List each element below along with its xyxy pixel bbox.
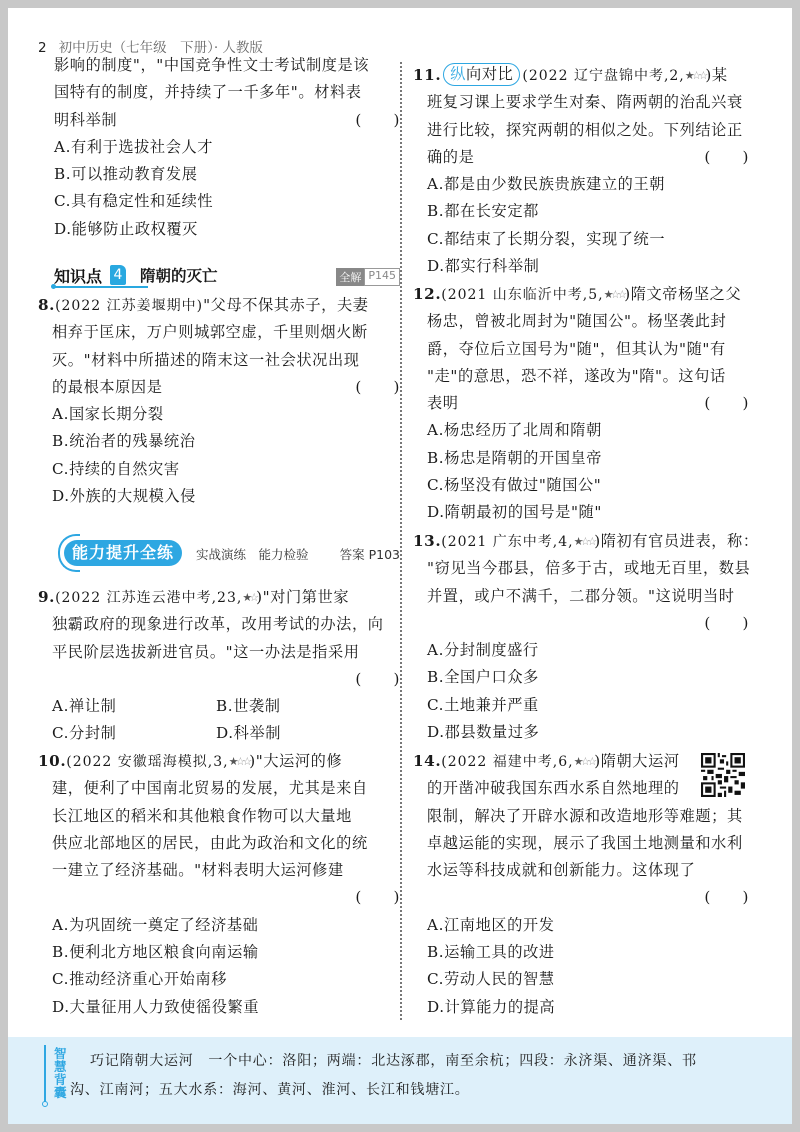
option-a[interactable]: A.杨忠经历了北周和隋朝 — [413, 417, 749, 444]
answer-blank[interactable]: ( ) — [704, 610, 749, 637]
question-text-line: 供应北部地区的居民，由此为政治和文化的统 — [38, 830, 400, 857]
option-a[interactable]: A.分封制度盛行 — [413, 637, 749, 664]
question-source: (2022 江苏姜堰期中) — [55, 298, 203, 314]
full-solution-label: 全解 — [336, 268, 364, 286]
dot-decoration — [51, 284, 56, 289]
option-b[interactable]: B.运输工具的改进 — [413, 939, 749, 966]
question-text-line: )某 — [705, 66, 727, 84]
tag-text: 向对比 — [466, 65, 513, 83]
tag-highlight: 纵 — [450, 65, 466, 83]
option-a[interactable]: A.禅让制 — [52, 697, 116, 715]
question-number: 11. — [413, 66, 441, 84]
question-9: 9.(2022 江苏连云港中考,23,★☆)"对门第世家 独霸政府的现象进行改革… — [38, 584, 400, 748]
option-c[interactable]: C.杨坚没有做过"随国公" — [413, 472, 749, 499]
question-text-line: )隋朝大运河 — [594, 752, 679, 770]
question-source: (2022 辽宁盘锦中考,2, — [522, 68, 684, 84]
textbook-page: 2初中历史（七年级 下册）· 人教版 影响的制度"，"中国竞争性文士考试制度是该… — [8, 8, 792, 1124]
option-b[interactable]: B.全国户口众多 — [413, 664, 749, 691]
option-d[interactable]: D.都实行科举制 — [413, 253, 749, 280]
tips-text: 巧记隋朝大运河 一个中心：洛阳；两端：北达涿郡，南至余杭；四段：永济渠、通济渠、… — [70, 1047, 770, 1105]
option-c[interactable]: C.分封制 — [52, 724, 116, 742]
question-text-line: 爵，夺位后立国号为"随"，但其认为"随"有 — [413, 336, 749, 363]
question-text-line: 平民阶层选拔新进官员。"这一办法是指采用 — [38, 639, 400, 666]
answer-blank[interactable]: ( ) — [355, 666, 400, 693]
question-text-line: 确的是 — [427, 148, 474, 166]
question-text-line: 独霸政府的现象进行改革，改用考试的办法，向 — [38, 611, 400, 638]
option-c[interactable]: C.推动经济重心开始南移 — [38, 966, 400, 993]
column-divider — [400, 62, 402, 1020]
answer-blank[interactable]: ( ) — [704, 144, 749, 171]
answer-blank[interactable]: ( ) — [355, 107, 400, 134]
question-text-line: "窃见当今郡县，倍多于古，或地无百里，数县 — [413, 555, 749, 582]
question-text-line: 国特有的制度，并持续了一千多年"。材料表 — [54, 79, 400, 106]
option-b[interactable]: B.世袭制 — [216, 693, 281, 720]
question-text-line: 的最根本原因是 — [52, 378, 163, 396]
answer-blank[interactable]: ( ) — [704, 884, 749, 911]
full-solution-reference[interactable]: 全解P145 — [336, 268, 400, 286]
option-a[interactable]: A.有利于选拔社会人才 — [54, 134, 400, 161]
question-10: 10.(2022 安徽瑶海模拟,3,★☆☆)"大运河的修 建，便利了中国南北贸易… — [38, 748, 400, 1021]
difficulty-stars-icon: ★☆☆ — [574, 748, 595, 775]
answer-blank[interactable]: ( ) — [355, 374, 400, 401]
question-13: 13.(2021 广东中考,4,★☆☆)隋初有官员进表，称： "窃见当今郡县，倍… — [413, 528, 749, 746]
question-text-line: )隋文帝杨坚之父 — [624, 285, 741, 303]
tips-dot-decoration — [42, 1101, 48, 1107]
question-number: 9. — [38, 588, 55, 606]
question-12: 12.(2021 山东临沂中考,5,★☆☆)隋文帝杨坚之父 杨忠，曾被北周封为"… — [413, 281, 749, 527]
option-b[interactable]: B.都在长安定都 — [413, 198, 749, 225]
option-d[interactable]: D.郡县数量过多 — [413, 719, 749, 746]
question-source: (2022 安徽瑶海模拟,3, — [66, 754, 228, 770]
question-text-line: 卓越运能的实现，展示了我国土地测量和水利 — [413, 830, 749, 857]
question-text-line: 进行比较，探究两朝的相似之处。下列结论正 — [413, 117, 749, 144]
option-b[interactable]: B.可以推动教育发展 — [54, 161, 400, 188]
underline-decoration — [54, 286, 148, 288]
knowledge-point-number: 4 — [110, 265, 126, 285]
option-a[interactable]: A.国家长期分裂 — [38, 401, 400, 428]
option-c[interactable]: C.持续的自然灾害 — [38, 456, 400, 483]
question-text-line: 并置，或户不满千，二郡分领。"这说明当时 — [413, 583, 749, 610]
question-number: 12. — [413, 285, 441, 303]
question-source: (2022 江苏连云港中考,23, — [55, 590, 242, 606]
option-c[interactable]: C.劳动人民的智慧 — [413, 966, 749, 993]
question-14: 14.(2022 福建中考,6,★☆☆)隋朝大运河 的开凿冲破我国东西水系自然地… — [413, 748, 749, 1021]
question-text-line: 明科举制 — [54, 111, 117, 129]
option-d[interactable]: D.科举制 — [216, 720, 281, 747]
knowledge-point-title: 隋朝的灭亡 — [140, 264, 218, 286]
ability-section-header: 能力提升全练 实战演练 能力检验 答案 P103 — [58, 538, 400, 568]
qr-code-icon[interactable] — [701, 752, 745, 798]
option-d[interactable]: D.外族的大规模入侵 — [38, 483, 400, 510]
question-7-continued: 影响的制度"，"中国竞争性文士考试制度是该 国特有的制度，并持续了一千多年"。材… — [54, 52, 400, 243]
question-11: 11.纵向对比(2022 辽宁盘锦中考,2,★☆☆)某 班复习课上要求学生对秦、… — [413, 62, 749, 280]
answer-blank[interactable]: ( ) — [704, 390, 749, 417]
option-d[interactable]: D.大量征用人力致使徭役繁重 — [38, 994, 400, 1021]
question-text-line: 班复习课上要求学生对秦、隋两朝的治乱兴衰 — [413, 89, 749, 116]
wisdom-tips-box: 智慧背囊 巧记隋朝大运河 一个中心：洛阳；两端：北达涿郡，南至余杭；四段：永济渠… — [8, 1037, 792, 1124]
option-d[interactable]: D.能够防止政权覆灭 — [54, 216, 400, 243]
answer-reference[interactable]: 答案 P103 — [340, 545, 400, 563]
option-d[interactable]: D.计算能力的提高 — [413, 994, 749, 1021]
tips-line: 巧记隋朝大运河 一个中心：洛阳；两端：北达涿郡，南至余杭；四段：永济渠、通济渠、… — [70, 1047, 770, 1076]
question-text-line: 灭。"材料中所描述的隋末这一社会状况出现 — [38, 347, 400, 374]
question-text-line: )"大运河的修 — [249, 752, 342, 770]
option-c[interactable]: C.土地兼并严重 — [413, 692, 749, 719]
tips-line: 沟、江南河；五大水系：海河、黄河、淮河、长江和钱塘江。 — [70, 1076, 770, 1105]
option-a[interactable]: A.为巩固统一奠定了经济基础 — [38, 912, 400, 939]
option-c[interactable]: C.都结束了长期分裂，实现了统一 — [413, 226, 749, 253]
option-d[interactable]: D.隋朝最初的国号是"随" — [413, 499, 749, 526]
scalloped-edge-decoration — [8, 1033, 792, 1039]
question-text-line: 建，便利了中国南北贸易的发展，尤其是来自 — [38, 775, 400, 802]
question-source: (2021 山东临沂中考,5, — [441, 287, 603, 303]
option-a[interactable]: A.都是由少数民族贵族建立的王朝 — [413, 171, 749, 198]
question-number: 13. — [413, 532, 441, 550]
question-text-line: 影响的制度"，"中国竞争性文士考试制度是该 — [54, 52, 400, 79]
option-c[interactable]: C.具有稳定性和延续性 — [54, 188, 400, 215]
vertical-comparison-tag: 纵向对比 — [443, 63, 520, 86]
question-text-line: 一建立了经济基础。"材料表明大运河修建 — [38, 857, 400, 884]
tips-label: 智慧背囊 — [54, 1047, 68, 1099]
question-number: 10. — [38, 752, 66, 770]
difficulty-stars-icon: ★☆☆ — [604, 281, 625, 308]
question-8: 8.(2022 江苏姜堰期中)"父母不保其赤子，夫妻 相弃于匡床，万户则城郭空虚… — [38, 292, 400, 510]
question-number: 8. — [38, 296, 55, 314]
question-text-line: 限制，解决了开辟水源和改造地形等难题；其 — [413, 803, 749, 830]
knowledge-point-label: 知识点 — [54, 264, 102, 287]
question-text-line: )"对门第世家 — [256, 588, 349, 606]
option-b[interactable]: B.统治者的残暴统治 — [38, 428, 400, 455]
option-b[interactable]: B.杨忠是隋朝的开国皇帝 — [413, 445, 749, 472]
question-text-line: 表明 — [427, 394, 459, 412]
question-text-line: 长江地区的稻米和其他粮食作物可以大量地 — [38, 803, 400, 830]
question-text-line: )隋初有官员进表，称： — [594, 532, 758, 550]
tips-bar-decoration — [44, 1045, 46, 1103]
full-solution-page: P145 — [364, 268, 400, 286]
ability-section-subtitle: 实战演练 能力检验 — [196, 545, 309, 563]
answer-blank[interactable]: ( ) — [355, 884, 400, 911]
page-number: 2 — [38, 40, 47, 56]
difficulty-stars-icon: ★☆☆ — [574, 528, 595, 555]
question-text-line: "走"的意思，恐不祥，遂改为"隋"。这句话 — [413, 363, 749, 390]
question-text-line: 水运等科技成就和创新能力。这体现了 — [413, 857, 749, 884]
question-source: (2021 广东中考,4, — [441, 534, 573, 550]
ability-section-title: 能力提升全练 — [64, 540, 182, 566]
question-text-line: "父母不保其赤子，夫妻 — [203, 296, 368, 314]
option-b[interactable]: B.便利北方地区粮食向南运输 — [38, 939, 400, 966]
question-text-line: 杨忠，曾被北周封为"随国公"。杨坚袭此封 — [413, 308, 749, 335]
knowledge-point-header: 知识点 4 隋朝的灭亡 全解P145 — [54, 264, 400, 290]
question-number: 14. — [413, 752, 441, 770]
difficulty-stars-icon: ★☆☆ — [229, 748, 250, 775]
difficulty-stars-icon: ★☆ — [242, 584, 256, 611]
question-source: (2022 福建中考,6, — [441, 754, 573, 770]
question-text-line: 相弃于匡床，万户则城郭空虚，千里则烟火断 — [38, 319, 400, 346]
question-text-line: 的开凿冲破我国东西水系自然地理的 — [413, 775, 749, 802]
option-a[interactable]: A.江南地区的开发 — [413, 912, 749, 939]
difficulty-stars-icon: ★☆☆ — [685, 62, 706, 89]
